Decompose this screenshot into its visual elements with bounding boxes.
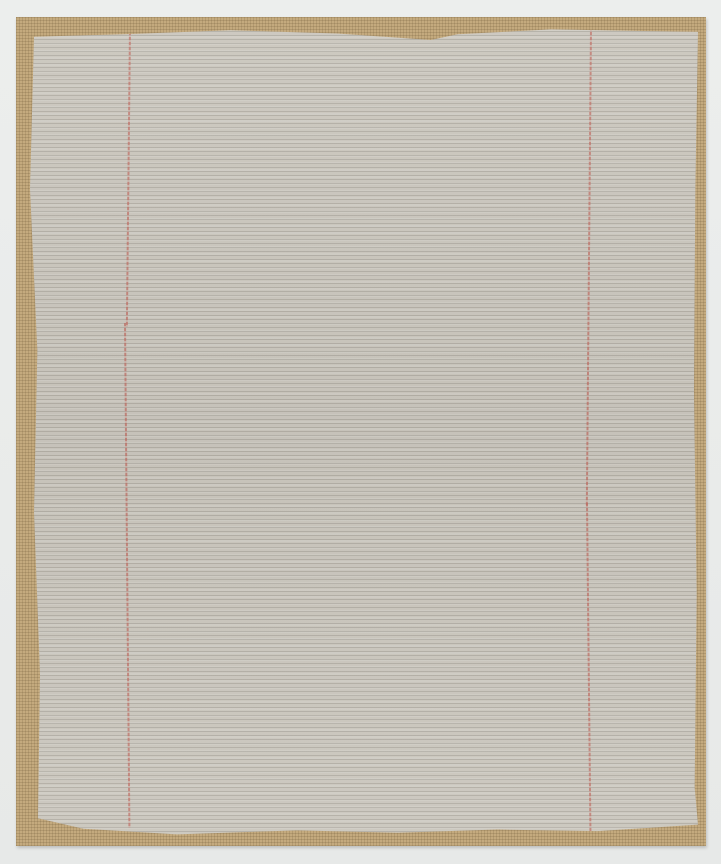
burlap-canvas bbox=[16, 17, 706, 846]
red-thread-line-left-lower bbox=[124, 323, 130, 828]
red-thread-line-left-upper bbox=[126, 27, 131, 327]
red-thread-line-right-lower bbox=[586, 503, 591, 833]
woven-textile bbox=[30, 27, 698, 836]
red-thread-line-right-upper bbox=[586, 27, 592, 507]
lighting-overlay bbox=[30, 27, 698, 836]
